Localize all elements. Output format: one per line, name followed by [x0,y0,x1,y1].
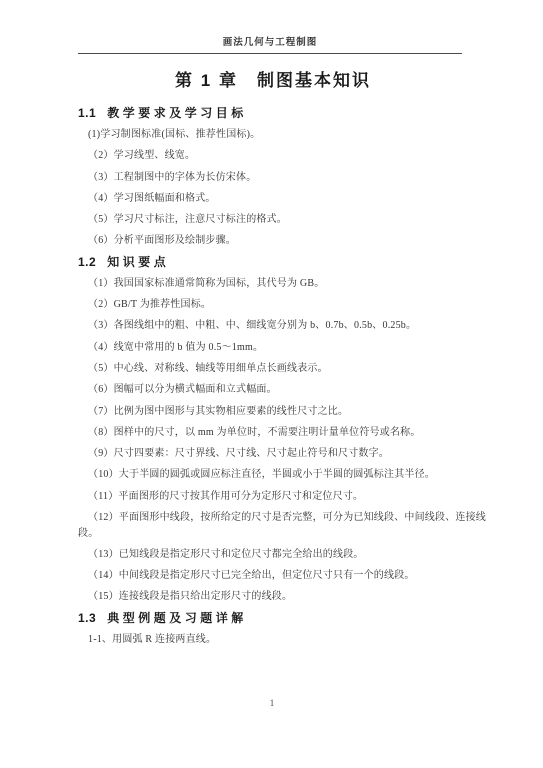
paragraph-item: （5）学习尺寸标注，注意尺寸标注的格式。 [78,212,468,228]
page-content: 第 1 章 制图基本知识 1.1教学要求及学习目标(1)学习制图标准(国标、推荐… [78,70,468,653]
paragraph-item: 1-1、用圆弧 R 连接两直线。 [78,632,468,648]
chapter-title: 第 1 章 制图基本知识 [78,70,468,92]
paragraph-item: （14）中间线段是指定形尺寸已完全给出，但定位尺寸只有一个的线段。 [78,568,468,584]
paragraph-item: (1)学习制图标准(国标、推荐性国标)。 [78,127,468,143]
paragraph-item: （10）大于半圆的圆弧或圆应标注直径，半圆或小于半圆的圆弧标注其半径。 [78,467,468,483]
section-heading-1.2: 1.2知识要点 [78,255,468,270]
paragraph-item: （8）图样中的尺寸，以 mm 为单位时，不需要注明计量单位符号或名称。 [78,425,468,441]
section-number: 1.2 [78,255,96,269]
text-line: 1-1、用圆弧 R 连接两直线。 [78,632,468,648]
text-line: （15）连接线段是指只给出定形尺寸的线段。 [78,589,468,605]
paragraph-item: （2）GB/T 为推荐性国标。 [78,297,468,313]
text-line: （6）分析平面图形及绘制步骤。 [78,233,468,249]
text-line: （10）大于半圆的圆弧或圆应标注直径，半圆或小于半圆的圆弧标注其半径。 [78,467,468,483]
paragraph-item: （3）各图线组中的粗、中粗、中、细线宽分别为 b、0.7b、0.5b、0.25b… [78,318,468,334]
text-line: （5）中心线、对称线、轴线等用细单点长画线表示。 [78,361,468,377]
text-line: （12）平面图形中线段，按所给定的尺寸是否完整，可分为已知线段、中间线段、连接线 [78,510,468,526]
text-line: （3）工程制图中的字体为长仿宋体。 [78,170,468,186]
text-line: （13）已知线段是指定形尺寸和定位尺寸都完全给出的线段。 [78,547,468,563]
paragraph-item: （4）线宽中常用的 b 值为 0.5～1mm。 [78,340,468,356]
section-number: 1.3 [78,611,96,625]
paragraph-item: （12）平面图形中线段，按所给定的尺寸是否完整，可分为已知线段、中间线段、连接线… [78,510,468,541]
text-line: （1）我国国家标准通常简称为国标，其代号为 GB。 [78,276,468,292]
section-heading-1.3: 1.3典型例题及习题详解 [78,611,468,626]
text-line: （2）GB/T 为推荐性国标。 [78,297,468,313]
paragraph-item: （3）工程制图中的字体为长仿宋体。 [78,170,468,186]
section-heading-1.1: 1.1教学要求及学习目标 [78,106,468,121]
paragraph-item: （4）学习图纸幅面和格式。 [78,191,468,207]
paragraph-item: （7）比例为图中图形与其实物相应要素的线性尺寸之比。 [78,404,468,420]
text-line: 段。 [78,526,468,542]
paragraph-item: （5）中心线、对称线、轴线等用细单点长画线表示。 [78,361,468,377]
text-line: （3）各图线组中的粗、中粗、中、细线宽分别为 b、0.7b、0.5b、0.25b… [78,318,468,334]
paragraph-item: （11）平面图形的尺寸按其作用可分为定形尺寸和定位尺寸。 [78,489,468,505]
paragraph-item: （1）我国国家标准通常简称为国标，其代号为 GB。 [78,276,468,292]
paragraph-item: （2）学习线型、线宽。 [78,148,468,164]
text-line: (1)学习制图标准(国标、推荐性国标)。 [78,127,468,143]
paragraph-item: （13）已知线段是指定形尺寸和定位尺寸都完全给出的线段。 [78,547,468,563]
text-line: （2）学习线型、线宽。 [78,148,468,164]
section-number: 1.1 [78,106,96,120]
text-line: （6）图幅可以分为横式幅面和立式幅面。 [78,382,468,398]
document-page: 画法几何与工程制图 第 1 章 制图基本知识 1.1教学要求及学习目标(1)学习… [0,0,543,768]
text-line: （11）平面图形的尺寸按其作用可分为定形尺寸和定位尺寸。 [78,489,468,505]
section-title: 教学要求及学习目标 [107,106,247,120]
text-line: （14）中间线段是指定形尺寸已完全给出，但定位尺寸只有一个的线段。 [78,568,468,584]
running-head: 画法几何与工程制图 [78,34,462,54]
text-line: （9）尺寸四要素：尺寸界线、尺寸线、尺寸起止符号和尺寸数字。 [78,446,468,462]
text-line: （7）比例为图中图形与其实物相应要素的线性尺寸之比。 [78,404,468,420]
text-line: （5）学习尺寸标注，注意尺寸标注的格式。 [78,212,468,228]
paragraph-item: （9）尺寸四要素：尺寸界线、尺寸线、尺寸起止符号和尺寸数字。 [78,446,468,462]
paragraph-item: （6）分析平面图形及绘制步骤。 [78,233,468,249]
page-number: 1 [78,698,466,708]
text-line: （8）图样中的尺寸，以 mm 为单位时，不需要注明计量单位符号或名称。 [78,425,468,441]
text-line: （4）线宽中常用的 b 值为 0.5～1mm。 [78,340,468,356]
text-line: （4）学习图纸幅面和格式。 [78,191,468,207]
section-title: 知识要点 [107,255,169,269]
paragraph-item: （15）连接线段是指只给出定形尺寸的线段。 [78,589,468,605]
section-title: 典型例题及习题详解 [107,611,247,625]
sections-container: 1.1教学要求及学习目标(1)学习制图标准(国标、推荐性国标)。（2）学习线型、… [78,106,468,647]
paragraph-item: （6）图幅可以分为横式幅面和立式幅面。 [78,382,468,398]
